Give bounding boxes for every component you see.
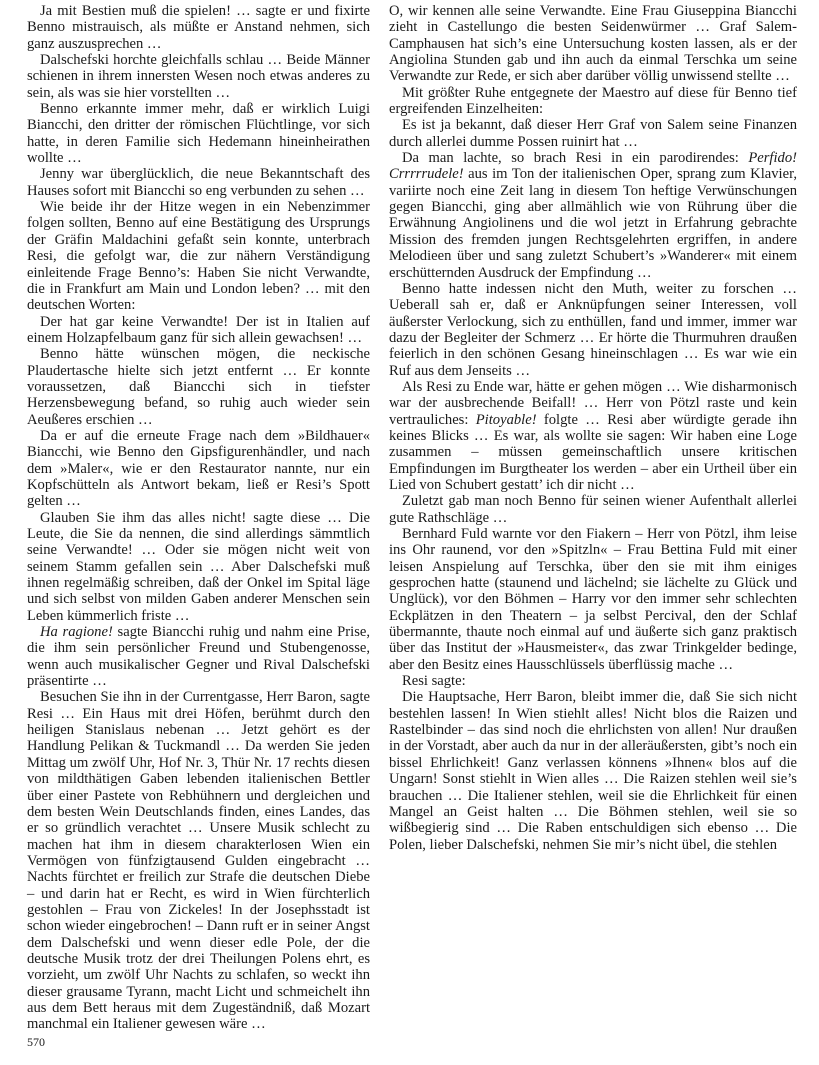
paragraph: Ha ragione! sagte Biancchi ruhig und nah… — [27, 624, 370, 689]
italic-phrase: Ha ragione! — [40, 624, 113, 640]
paragraph-text: Wie beide ihr der Hitze wegen in ein Neb… — [27, 199, 370, 313]
paragraph: Der hat gar keine Verwandte! Der ist in … — [27, 314, 370, 347]
paragraph: Besuchen Sie ihn in der Currentgasse, He… — [27, 689, 370, 1032]
paragraph: Wie beide ihr der Hitze wegen in ein Neb… — [27, 199, 370, 313]
paragraph: Glauben Sie ihm das alles nicht! sagte d… — [27, 510, 370, 624]
book-page: Ja mit Bestien muß die spielen! … sagte … — [0, 0, 819, 1065]
paragraph: Die Hauptsache, Herr Baron, bleibt immer… — [389, 689, 797, 852]
paragraph-text: Mit größter Ruhe entgegnete der Maestro … — [389, 85, 797, 117]
paragraph-text: Benno hatte indessen nicht den Muth, wei… — [389, 281, 797, 379]
paragraph-text: Zuletzt gab man noch Benno für seinen wi… — [389, 493, 797, 525]
paragraph: Benno erkannte immer mehr, daß er wirkli… — [27, 101, 370, 166]
page-number: 570 — [27, 1035, 45, 1049]
paragraph-text: Resi sagte: — [402, 673, 466, 689]
paragraph: Jenny war überglücklich, die neue Bekann… — [27, 166, 370, 199]
paragraph-text: O, wir kennen alle seine Verwandte. Eine… — [389, 3, 797, 84]
paragraph-text: Benno erkannte immer mehr, daß er wirkli… — [27, 101, 370, 166]
paragraph: Es ist ja bekannt, daß dieser Herr Graf … — [389, 117, 797, 150]
paragraph-text: aus im Ton der italienischen Oper, spran… — [389, 166, 797, 280]
paragraph: Als Resi zu Ende war, hätte er gehen mög… — [389, 379, 797, 493]
paragraph-text: Benno hätte wünschen mögen, die neckisch… — [27, 346, 370, 427]
paragraph: Dalschefski horchte gleichfalls schlau …… — [27, 52, 370, 101]
right-column: O, wir kennen alle seine Verwandte. Eine… — [389, 3, 797, 853]
paragraph: Resi sagte: — [389, 673, 797, 689]
paragraph-text: Es ist ja bekannt, daß dieser Herr Graf … — [389, 117, 797, 149]
paragraph-text: Die Hauptsache, Herr Baron, bleibt immer… — [389, 689, 797, 852]
paragraph: Da er auf die erneute Frage nach dem »Bi… — [27, 428, 370, 510]
paragraph: Da man lachte, so brach Resi in ein paro… — [389, 150, 797, 281]
paragraph: O, wir kennen alle seine Verwandte. Eine… — [389, 3, 797, 85]
paragraph-text: Glauben Sie ihm das alles nicht! sagte d… — [27, 510, 370, 624]
paragraph-text: Der hat gar keine Verwandte! Der ist in … — [27, 314, 370, 346]
paragraph-text: Jenny war überglücklich, die neue Bekann… — [27, 166, 370, 198]
paragraph: Zuletzt gab man noch Benno für seinen wi… — [389, 493, 797, 526]
paragraph-text: Da man lachte, so brach Resi in ein paro… — [402, 150, 748, 166]
paragraph: Ja mit Bestien muß die spielen! … sagte … — [27, 3, 370, 52]
paragraph-text: Dalschefski horchte gleichfalls schlau …… — [27, 52, 370, 101]
paragraph: Bernhard Fuld warnte vor den Fiakern – H… — [389, 526, 797, 673]
paragraph-text: Da er auf die erneute Frage nach dem »Bi… — [27, 428, 370, 509]
paragraph: Benno hatte indessen nicht den Muth, wei… — [389, 281, 797, 379]
paragraph: Benno hätte wünschen mögen, die neckisch… — [27, 346, 370, 428]
italic-phrase: Pitoyable! — [476, 412, 537, 428]
left-column: Ja mit Bestien muß die spielen! … sagte … — [27, 3, 370, 1033]
paragraph-text: Besuchen Sie ihn in der Currentgasse, He… — [27, 689, 370, 1032]
paragraph: Mit größter Ruhe entgegnete der Maestro … — [389, 85, 797, 118]
paragraph-text: Bernhard Fuld warnte vor den Fiakern – H… — [389, 526, 797, 673]
paragraph-text: Ja mit Bestien muß die spielen! … sagte … — [27, 3, 370, 52]
